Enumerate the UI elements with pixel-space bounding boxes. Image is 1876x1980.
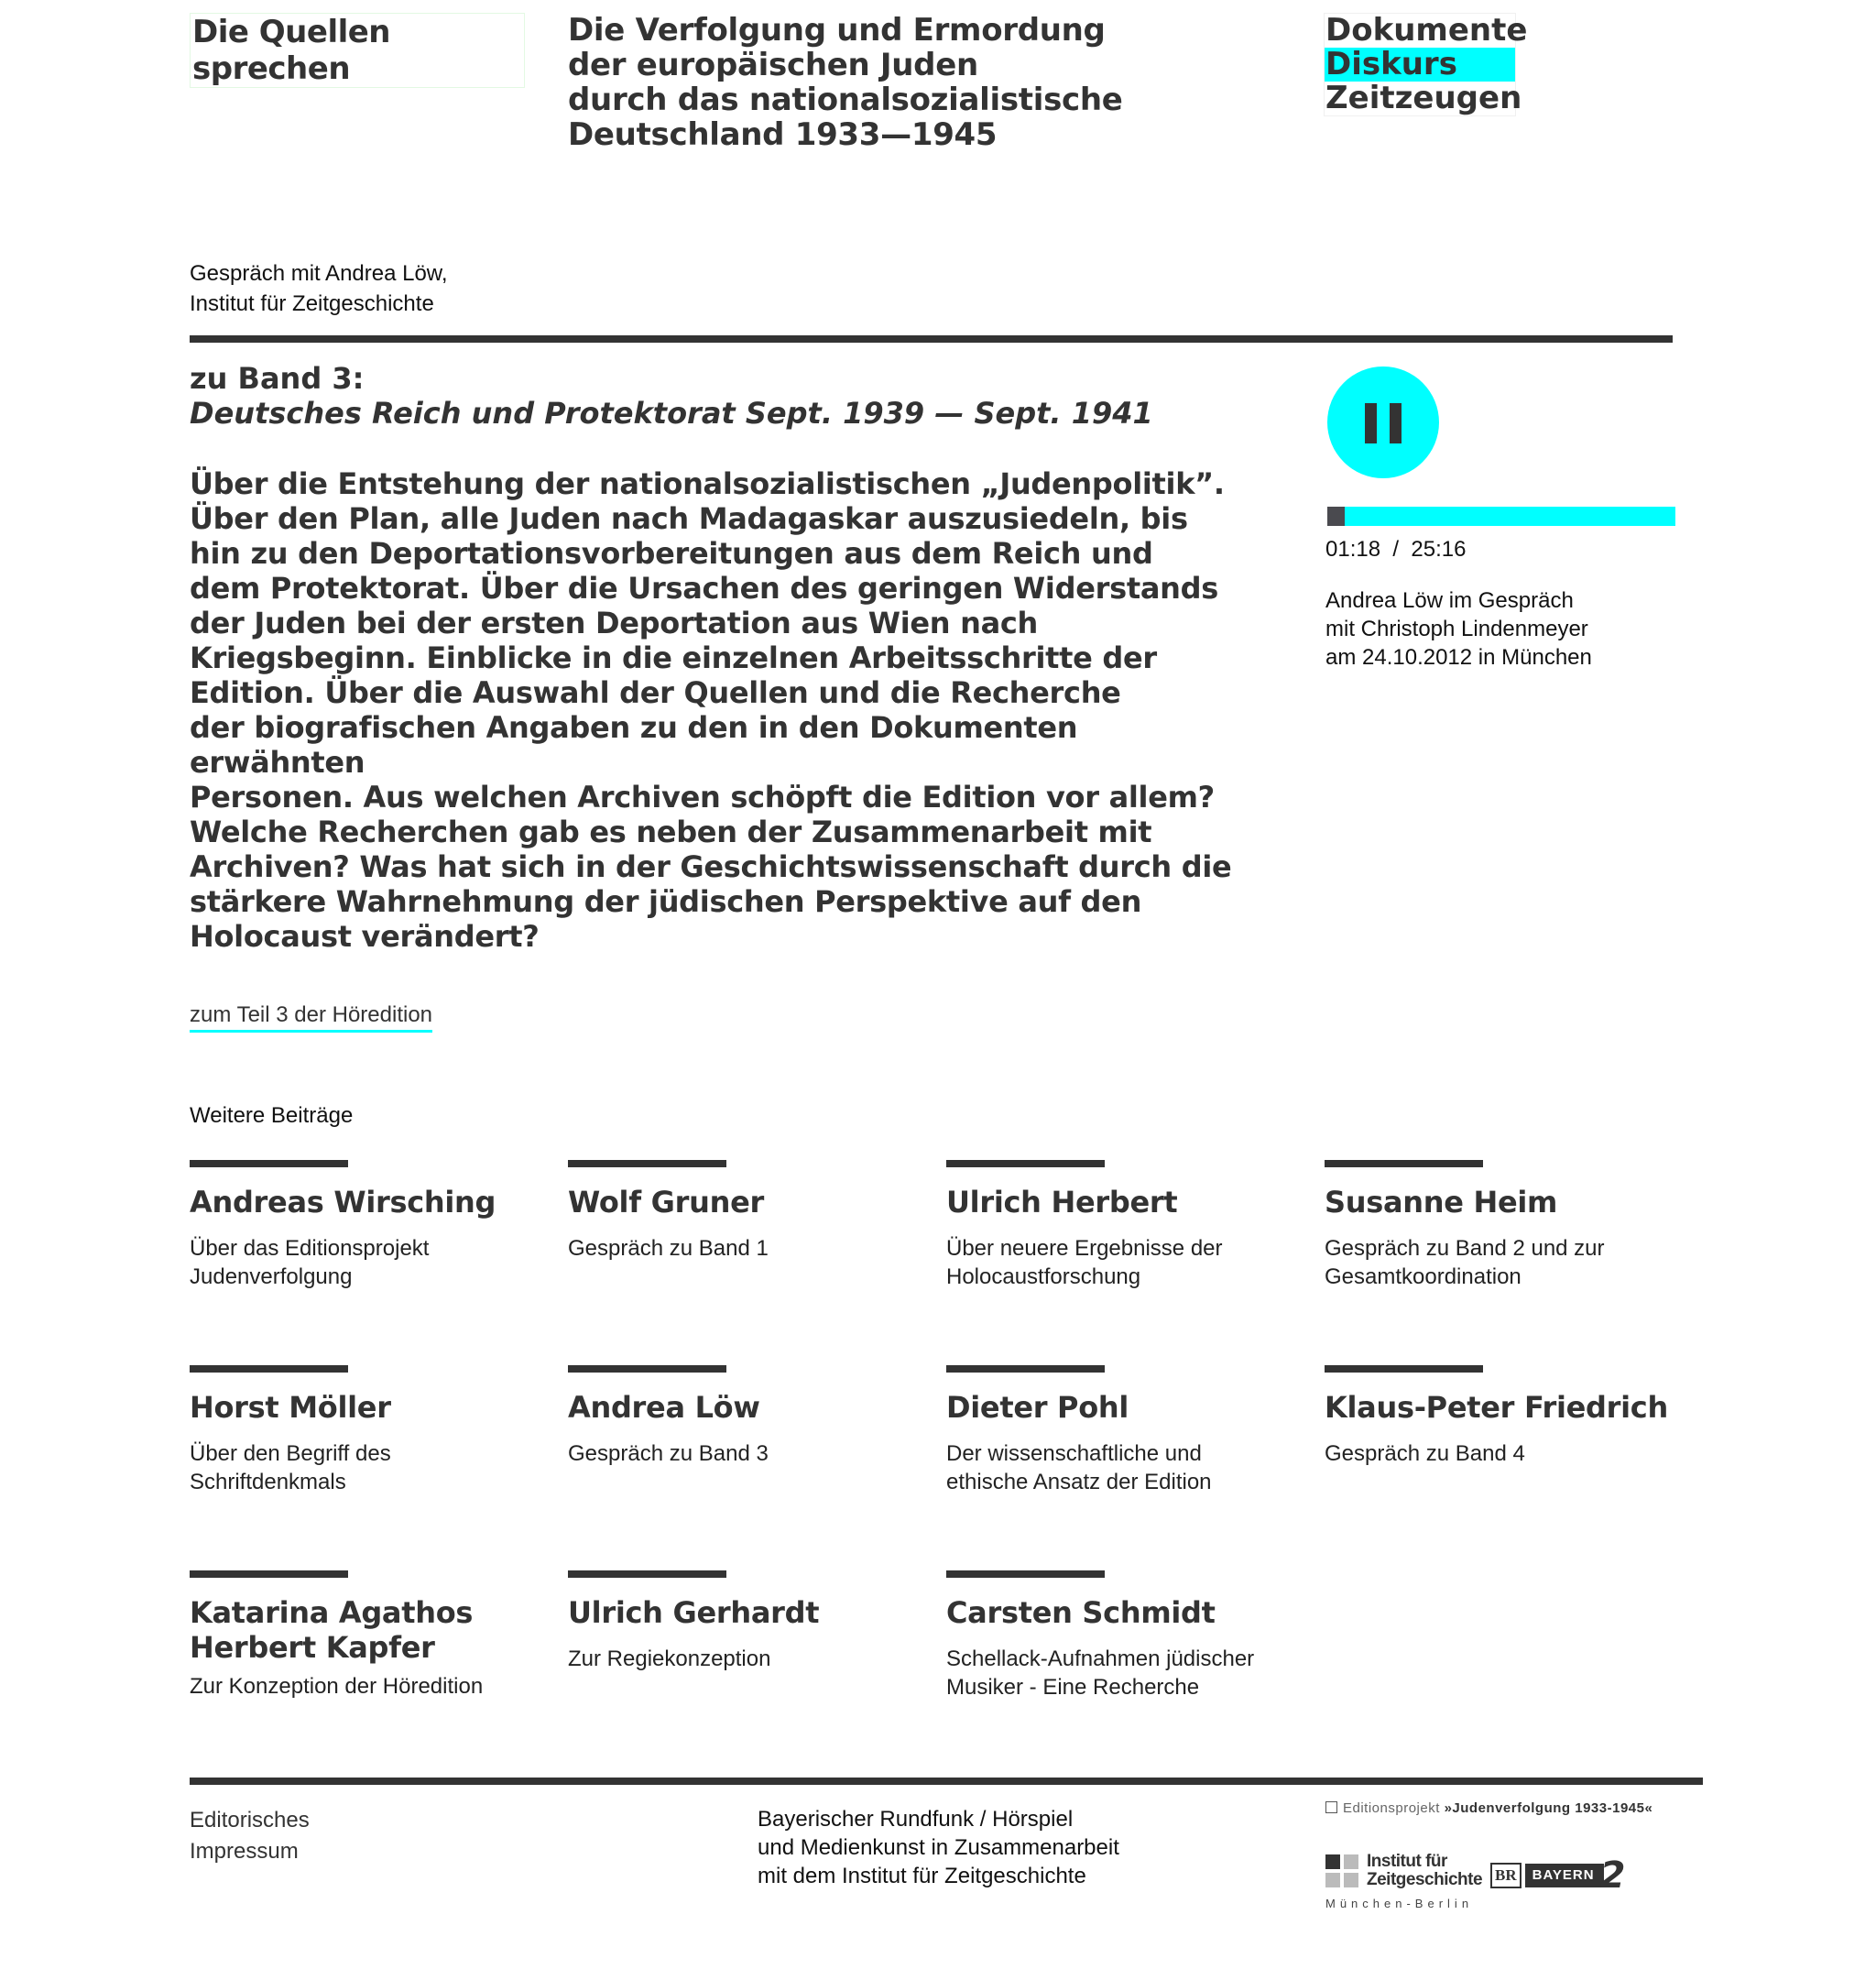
logo-square	[1325, 1854, 1340, 1869]
card-bar	[190, 1160, 348, 1167]
pause-button[interactable]	[1327, 366, 1439, 478]
article-summary: Über die Entstehung der nationalsozialis…	[190, 466, 1106, 954]
summary-line: dem Protektorat. Über die Ursachen des g…	[190, 571, 1106, 606]
contributor-name[interactable]: Ulrich Gerhardt	[568, 1595, 916, 1630]
contributor-name[interactable]: Susanne Heim	[1325, 1185, 1673, 1220]
band-title: Deutsches Reich und Protektorat Sept. 19…	[190, 396, 1153, 431]
footer-credit: Bayerischer Rundfunk / Hörspiel und Medi…	[758, 1805, 1119, 1890]
contribution-card[interactable]: Dieter PohlDer wissenschaftliche und eth…	[946, 1365, 1294, 1496]
logo-square	[1325, 1873, 1340, 1887]
contribution-description: Gespräch zu Band 4	[1325, 1439, 1673, 1468]
partner-prefix: Editionsprojekt	[1343, 1800, 1445, 1816]
card-bar	[1325, 1365, 1483, 1373]
pause-icon	[1365, 403, 1377, 443]
summary-line: Holocaust verändert?	[190, 919, 1106, 954]
summary-line: Edition. Über die Auswahl der Quellen un…	[190, 675, 1106, 710]
contribution-card[interactable]: Wolf GrunerGespräch zu Band 1	[568, 1160, 916, 1263]
contribution-card[interactable]: Katarina Agathos Herbert KapferZur Konze…	[190, 1570, 538, 1701]
audio-caption: Andrea Löw im Gespräch mit Christoph Lin…	[1325, 586, 1592, 672]
summary-line: Über den Plan, alle Juden nach Madagaska…	[190, 501, 1106, 536]
contribution-description: Zur Konzeption der Höredition	[190, 1672, 538, 1701]
logo-square	[1344, 1873, 1358, 1887]
card-bar	[946, 1365, 1105, 1373]
contributor-name[interactable]: Carsten Schmidt	[946, 1595, 1294, 1630]
summary-line: stärkere Wahrnehmung der jüdischen Persp…	[190, 884, 1106, 919]
series-title: Die Verfolgung und Ermordung der europäi…	[568, 13, 1123, 152]
contribution-card[interactable]: Klaus-Peter FriedrichGespräch zu Band 4	[1325, 1365, 1673, 1468]
contribution-description: Gespräch zu Band 3	[568, 1439, 916, 1468]
contributor-name[interactable]: Dieter Pohl	[946, 1390, 1294, 1425]
ifz-logo-text: Institut für Zeitgeschichte	[1367, 1853, 1482, 1889]
summary-line: Welche Recherchen gab es neben der Zusam…	[190, 815, 1106, 849]
summary-line: der Juden bei der ersten Deportation aus…	[190, 606, 1106, 640]
divider-main	[190, 335, 1432, 343]
ifz-logo-city: München-Berlin	[1325, 1897, 1473, 1910]
partner-project-line[interactable]: Editionsprojekt »Judenverfolgung 1933-19…	[1325, 1800, 1652, 1816]
contribution-description: Der wissenschaftliche und ethische Ansat…	[946, 1439, 1294, 1496]
square-icon	[1325, 1801, 1337, 1813]
footer-links: Editorisches Impressum	[190, 1805, 310, 1867]
contribution-card[interactable]: Horst MöllerÜber den Begriff des Schrift…	[190, 1365, 538, 1496]
audio-progress-bar[interactable]	[1327, 507, 1675, 526]
br-logo-mark: BR	[1490, 1863, 1522, 1888]
contributor-name[interactable]: Ulrich Herbert	[946, 1185, 1294, 1220]
more-contributions-heading: Weitere Beiträge	[190, 1102, 353, 1130]
summary-line: Personen. Aus welchen Archiven schöpft d…	[190, 780, 1106, 815]
hoeredition-link[interactable]: zum Teil 3 der Höredition	[190, 1001, 432, 1033]
summary-line: Kriegsbeginn. Einblicke in die einzelnen…	[190, 640, 1106, 675]
nav-item-dokumente[interactable]: Dokumente	[1325, 14, 1515, 48]
divider-player	[1325, 335, 1673, 343]
br-logo-number: 2	[1600, 1860, 1626, 1891]
nav-item-zeitzeugen[interactable]: Zeitzeugen	[1325, 82, 1515, 115]
summary-line: Über die Entstehung der nationalsozialis…	[190, 466, 1106, 501]
pause-icon	[1390, 403, 1402, 443]
divider-footer	[190, 1778, 1703, 1785]
contributor-name[interactable]: Andreas Wirsching	[190, 1185, 538, 1220]
summary-line: Archiven? Was hat sich in der Geschichts…	[190, 849, 1106, 884]
summary-line: erwähnten	[190, 745, 1106, 780]
contribution-card[interactable]: Susanne HeimGespräch zu Band 2 und zur G…	[1325, 1160, 1673, 1291]
contribution-card[interactable]: Ulrich HerbertÜber neuere Ergebnisse der…	[946, 1160, 1294, 1291]
main-nav: Dokumente Diskurs Zeitzeugen	[1324, 13, 1516, 116]
audio-progress-played	[1327, 507, 1345, 526]
summary-line: der biografischen Angaben zu den in den …	[190, 710, 1106, 745]
site-title[interactable]: Die Quellen sprechen	[190, 13, 525, 88]
contribution-card[interactable]: Ulrich GerhardtZur Regiekonzeption	[568, 1570, 916, 1673]
card-bar	[190, 1570, 348, 1578]
contribution-description: Schellack-Aufnahmen jüdischer Musiker - …	[946, 1645, 1294, 1701]
card-bar	[568, 1570, 726, 1578]
card-bar	[190, 1365, 348, 1373]
contribution-description: Gespräch zu Band 2 und zur Gesamtkoordin…	[1325, 1234, 1673, 1291]
contribution-description: Über das Editionsprojekt Judenverfolgung	[190, 1234, 538, 1291]
contribution-card[interactable]: Andrea LöwGespräch zu Band 3	[568, 1365, 916, 1468]
contribution-description: Gespräch zu Band 1	[568, 1234, 916, 1263]
nav-item-diskurs[interactable]: Diskurs	[1325, 48, 1515, 82]
contribution-description: Über den Begriff des Schriftdenkmals	[190, 1439, 538, 1496]
band-label: zu Band 3:	[190, 361, 364, 396]
contributor-name[interactable]: Wolf Gruner	[568, 1185, 916, 1220]
card-bar	[1325, 1160, 1483, 1167]
card-bar	[946, 1570, 1105, 1578]
contributor-name[interactable]: Klaus-Peter Friedrich	[1325, 1390, 1673, 1425]
br-bayern2-logo[interactable]: BR BAYERN 2	[1490, 1860, 1625, 1891]
footer-link-impressum[interactable]: Impressum	[190, 1836, 310, 1867]
contribution-card[interactable]: Andreas WirschingÜber das Editionsprojek…	[190, 1160, 538, 1291]
contribution-description: Zur Regiekonzeption	[568, 1645, 916, 1673]
summary-line: hin zu den Deportationsvorbereitungen au…	[190, 536, 1106, 571]
card-bar	[568, 1365, 726, 1373]
card-bar	[568, 1160, 726, 1167]
card-bar	[946, 1160, 1105, 1167]
contributor-name[interactable]: Horst Möller	[190, 1390, 538, 1425]
audio-time-display: 01:18 / 25:16	[1325, 536, 1466, 563]
contribution-card[interactable]: Carsten SchmidtSchellack-Aufnahmen jüdis…	[946, 1570, 1294, 1701]
contributor-name[interactable]: Andrea Löw	[568, 1390, 916, 1425]
contributor-name[interactable]: Katarina Agathos Herbert Kapfer	[190, 1595, 538, 1665]
logo-square	[1344, 1854, 1358, 1869]
conversation-context: Gespräch mit Andrea Löw, Institut für Ze…	[190, 258, 447, 319]
footer-link-editorisches[interactable]: Editorisches	[190, 1805, 310, 1836]
partner-name: »Judenverfolgung 1933-1945«	[1445, 1800, 1653, 1816]
br-logo-bayern: BAYERN	[1525, 1864, 1604, 1887]
contribution-description: Über neuere Ergebnisse der Holocaustfors…	[946, 1234, 1294, 1291]
